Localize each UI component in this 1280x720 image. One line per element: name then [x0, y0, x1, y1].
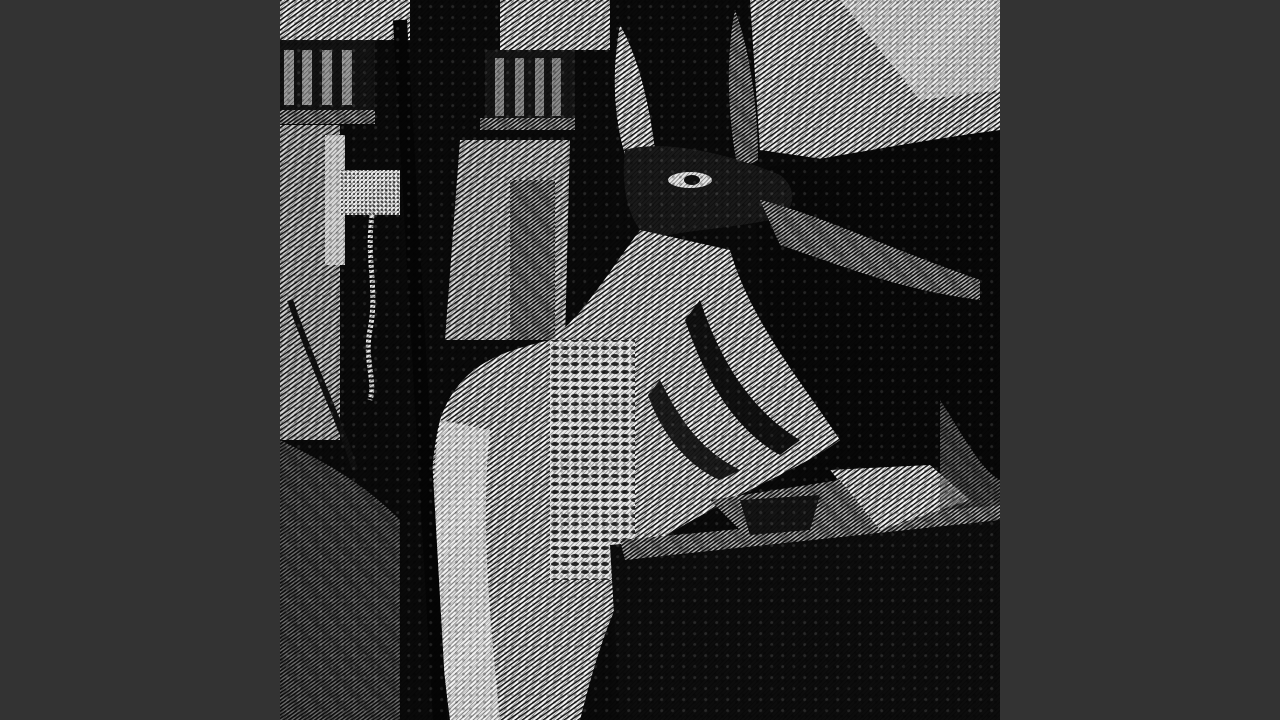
video-frame-background: Black-and-white halftone collage of an A… [0, 0, 1280, 720]
artwork-illustration [280, 0, 1000, 720]
album-artwork: Black-and-white halftone collage of an A… [280, 0, 1000, 720]
